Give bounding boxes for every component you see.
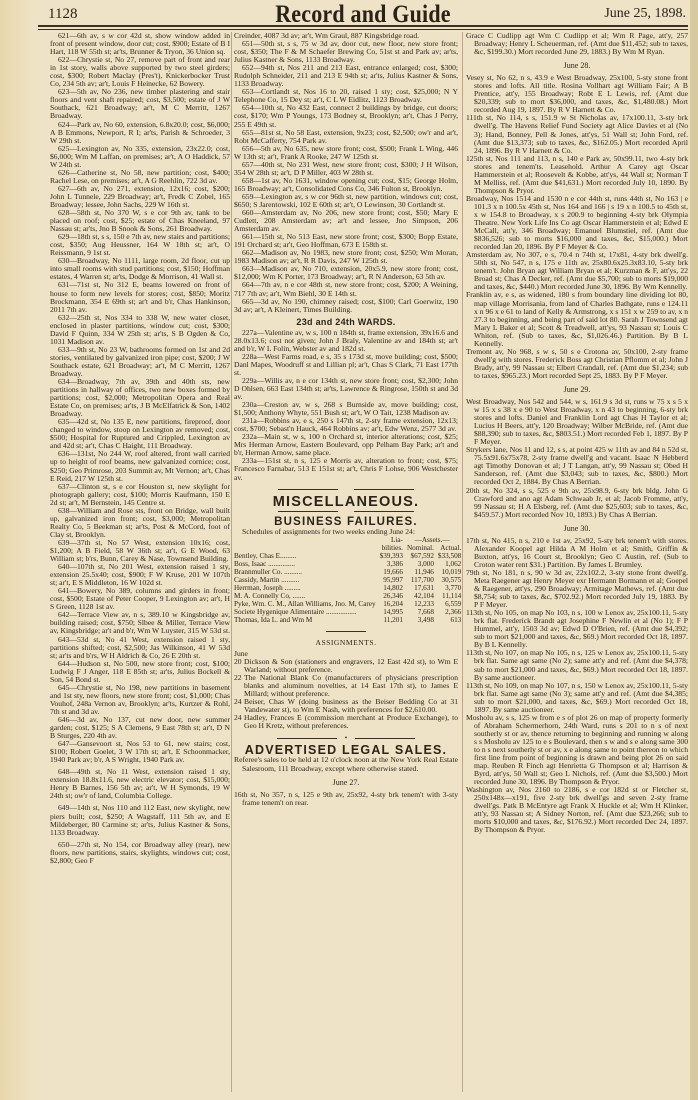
nominal-assets-value: 12,233: [403, 600, 434, 608]
assignment-day: 24: [234, 714, 244, 730]
ward-entry: 229a—Willis av, n e cor 134th st, new st…: [234, 377, 458, 401]
liabilities-value: $39,393: [376, 552, 403, 560]
legal-sale-entry: Washington av, Nos 2160 to 2186, s e cor…: [466, 786, 688, 834]
alteration-entry: 634—Broadway, 7th av, 39th and 40th sts,…: [50, 378, 230, 418]
legal-sales-heading: ADVERTISED LEGAL SALES.: [234, 746, 458, 754]
alteration-entry: 626—Catherine st, No 58, new partition; …: [50, 169, 230, 185]
debtor-name: Herrman, Joseph .........: [234, 584, 376, 592]
legal-sale-entry: Mosholu av, s s, 125 w from e s of plot …: [466, 714, 688, 786]
divider-rule: [234, 627, 458, 635]
liabilities-value: 26,346: [376, 592, 403, 600]
page-margin-left: [0, 0, 36, 1100]
failure-row: Societe Hygenique Alimentaire ..........…: [234, 608, 461, 616]
alteration-entry: 645—Chrystie st, No 198, new partitions …: [50, 684, 230, 716]
liabilities-value: 3,386: [376, 560, 403, 568]
ward-entry: 230a—Creston av, w s, 268 s Burnside av,…: [234, 401, 458, 417]
legal-sale-entry: West Broadway, Nos 542 and 544, w s, 161…: [466, 398, 688, 446]
alteration-entry: 644—Hudson st, No 500, new store front; …: [50, 660, 230, 684]
alteration-entry: 628—58th st, No 370 W, s e cor 9th av, t…: [50, 209, 230, 233]
nominal-assets-value: 3,000: [403, 560, 434, 568]
ward-entry: 227a—Valentine av, w s, 100 n 184th st, …: [234, 329, 458, 353]
header-rule-thin: [38, 29, 688, 30]
assignment-item: 22The National Blank Co (manufacturers o…: [234, 674, 458, 698]
actual-assets-value: 613: [434, 616, 461, 624]
alteration-entry: 661—15th st, No 513 East, new store fron…: [234, 233, 458, 249]
legal-sale-entry: Tremont av, No 968, s w s, 50 s e Croton…: [466, 348, 688, 380]
failure-row: Herrman, Joseph .........14,80217,6313,7…: [234, 584, 461, 592]
alteration-entry: 653—Cortlandt st, Nos 16 to 20, raised 1…: [234, 88, 458, 104]
assignment-text: Hadley, Frances E (commission merchant a…: [244, 714, 458, 730]
ward-entry: 232a—Main st, w s, 100 n Orchard st, int…: [234, 433, 458, 457]
legal-sale-entry: 17th st, No 415, n s, 210 e 1st av, 25x9…: [466, 537, 688, 569]
alteration-entry: 664—7th av, n e cor 48th st, new store f…: [234, 281, 458, 297]
assignment-day: 22: [234, 674, 244, 698]
failure-row: Brannmuller Co. ..........19,66611,94610…: [234, 568, 461, 576]
alteration-entry: 660—Amsterdam av, No 206, new store fron…: [234, 209, 458, 233]
actual-assets-value: $33,508: [434, 552, 461, 560]
failure-row: Boss, Isaac ...............3,3863,0001,0…: [234, 560, 461, 568]
issue-date: June 25, 1898.: [604, 6, 686, 22]
debtor-name: Bentley, Chas E.........: [234, 552, 376, 560]
column-divider: [231, 32, 232, 1092]
continued-entry: Grace C Cudlipp agt Wm C Cudlipp et al; …: [466, 32, 688, 56]
date-heading: June 30.: [466, 525, 688, 533]
actual-assets-value: 3,770: [434, 584, 461, 592]
alteration-entry: 631—71st st, No 312 E, beams lowered on …: [50, 281, 230, 313]
liabilities-value: 14,995: [376, 608, 403, 616]
alteration-entry: 665—3d av, No 190, chimney raised; cost,…: [234, 298, 458, 314]
legal-sale-entry: 113th st, No 109, on map No 107, n s, 15…: [466, 682, 688, 714]
nominal-assets-value: $67,592: [403, 552, 434, 560]
nominal-assets-value: 42,104: [403, 592, 434, 600]
failure-row: Pyke, Wm. C. M., Allan Williams, Jno. M,…: [234, 600, 461, 608]
legal-sale-entry: 79th st, No 181, n s, 90 w 3d av, 22x102…: [466, 569, 688, 609]
failure-row: Thomas, Ida L. and Wm M11,2013,498613: [234, 616, 461, 624]
alteration-entry: 659—Lexington av, s w cor 96th st, new p…: [234, 193, 458, 209]
debtor-name: Thomas, Ida L. and Wm M: [234, 616, 376, 624]
ward-entry: 228a—West Farms road, e s, 35 s 173d st,…: [234, 353, 458, 377]
assignment-item: 24Beiser, Chas W (doing business as the …: [234, 698, 458, 714]
alteration-entry: 632—25th st, Nos 334 to 338 W, new water…: [50, 314, 230, 346]
actual-assets-value: 10,019: [434, 568, 461, 576]
actual-assets-value: 1,062: [434, 560, 461, 568]
failure-row: M. A. Connelly Co, .......26,34642,10411…: [234, 592, 461, 600]
col-header-liabilities: bilities.: [376, 544, 403, 552]
alteration-entry: 629—18th st, s s, 150 e 7th av, new stai…: [50, 233, 230, 257]
date-heading: June 28.: [466, 62, 688, 70]
date-heading: June 27.: [234, 779, 458, 787]
column-divider: [462, 32, 463, 1092]
col-header-liabilities-top: Lia-: [376, 536, 403, 544]
legal-sale-entry: 113th st, No 105, on map No 103, n s, 10…: [466, 609, 688, 649]
alteration-entry: 657—40th st, No 231 West, new store fron…: [234, 161, 458, 177]
divider-ornament: [234, 486, 458, 494]
page-header: 1128 Record and Guide June 25, 1898.: [38, 0, 688, 28]
assignment-item: 24Hadley, Frances E (commission merchant…: [234, 714, 458, 730]
alteration-entry: 642—Terrace View av, n s, 389.10 w Kings…: [50, 611, 230, 635]
legal-sale-entry: 20th st, No 324, s s, 525 e 9th av, 25x9…: [466, 487, 688, 519]
legal-sale-entry: Broadway, Nos 1514 and 1530 n e cor 44th…: [466, 195, 688, 251]
alteration-entry: 663—Madison av, No 710, extension, 20x5.…: [234, 265, 458, 281]
assignments-list: June 20Dickson & Son (stationers and eng…: [234, 650, 458, 730]
failures-heading: BUSINESS FAILURES.: [234, 518, 458, 526]
nominal-assets-value: 3,498: [403, 616, 434, 624]
column-3: Grace C Cudlipp agt Wm C Cudlipp et al; …: [466, 32, 688, 835]
legal-sale-entry: Franklin av, e s, as widened, 180 s from…: [466, 291, 688, 347]
ward-entry: 233a—151st st, n s, 125 e Morris av, alt…: [234, 457, 458, 481]
nominal-assets-value: 7,668: [403, 608, 434, 616]
alteration-entry: 622—Chrystie st, No 27, remove part of f…: [50, 56, 230, 88]
legal-sale-entry: Amsterdam av, No 307, e s, 70.4 n 74th s…: [466, 251, 688, 291]
alteration-entry: 651—50th st, s s, 75 w 3d av, door cut, …: [234, 40, 458, 64]
legal-sale-entry: 113th st, No 107, on map No 105, n s, 12…: [466, 649, 688, 681]
alteration-entry: 640—107th st, No 201 West, extension rai…: [50, 563, 230, 587]
assignment-day: 24: [234, 698, 244, 714]
debtor-name: Cassidy, Martin ..........: [234, 576, 376, 584]
col-header-assets: —Assets.—: [403, 536, 461, 544]
legal-sales-intro: Referee's sales to be held at 12 o'clock…: [234, 756, 458, 772]
liabilities-value: 95,997: [376, 576, 403, 584]
col-header-nominal: Nominal.: [403, 544, 434, 552]
legal-sale-entry: 125th st, Nos 111 and 113, n s, 140 e Pa…: [466, 155, 688, 195]
alterations-list: 651—50th st, s s, 75 w 3d av, door cut, …: [234, 40, 458, 314]
alteration-entry: 625—Lexington av, No 335, extension, 23x…: [50, 145, 230, 169]
alteration-entry: 623—5th av, No 236, new timber plasterin…: [50, 88, 230, 120]
alteration-entry: 627—6th av, No 271, extension, 12x16; co…: [50, 185, 230, 209]
alteration-entry: 656—5th av, No 635, new store front; cos…: [234, 145, 458, 161]
alteration-entry: 658—1st av, No 1631, window opening cut;…: [234, 177, 458, 193]
alteration-entry: 643—53d st, No 41 West, extension raised…: [50, 636, 230, 660]
alteration-entry: 646—3d av, No 137, cut new door, new sum…: [50, 716, 230, 740]
alteration-entry: 633—9th st, No 23 W, bathrooms formed on…: [50, 346, 230, 378]
alteration-entry: 655—81st st, No 58 East, extension, 9x23…: [234, 129, 458, 145]
divider-ornament: [234, 508, 458, 516]
debtor-name: Pyke, Wm. C. M., Allan Williams, Jno. M,…: [234, 600, 376, 608]
legal-sale-entry: Strykers lane, Nos 11 and 12, s s, at po…: [466, 446, 688, 486]
misc-heading: MISCELLANEOUS.: [234, 498, 458, 506]
actual-assets-value: 2,366: [434, 608, 461, 616]
debtor-name: Societe Hygenique Alimentaire ..........…: [234, 608, 376, 616]
liabilities-value: 19,666: [376, 568, 403, 576]
alteration-entry: 630—Broadway, No 1111, large room, 2d fl…: [50, 257, 230, 281]
legal-sale-entry: Vesey st, No 62, n s, 43.9 e West Broadw…: [466, 74, 688, 114]
alteration-entry: 621—6th av, s w cor 42d st, show window …: [50, 32, 230, 56]
legal-sale-entry: 16th st, No 357, n s, 125 e 9th av, 25x9…: [234, 791, 458, 807]
debtor-name: Brannmuller Co. ..........: [234, 568, 376, 576]
alteration-entry: 647—Gansevoort st, Nos 53 to 61, new sta…: [50, 740, 230, 764]
divider-ornament: •: [234, 734, 458, 742]
assignment-text: Dickson & Son (stationers and engravers,…: [244, 658, 458, 674]
failure-row: Cassidy, Martin ..........95,997117,7003…: [234, 576, 461, 584]
failure-row: Bentley, Chas E.........$39,393$67,592$3…: [234, 552, 461, 560]
date-heading: June 29.: [466, 386, 688, 394]
alteration-entry: 638—William and Rose sts, front on Bridg…: [50, 507, 230, 539]
debtor-name: M. A. Connelly Co, .......: [234, 592, 376, 600]
failures-table: Lia- —Assets.— bilities. Nominal. Actual…: [234, 536, 461, 624]
wards-list: 227a—Valentine av, w s, 100 n 184th st, …: [234, 329, 458, 482]
alteration-entry: 635—42d st, No 135 E, new partitions, fi…: [50, 418, 230, 450]
liabilities-value: 11,201: [376, 616, 403, 624]
alteration-entry: 662—Madison av, No 1983, new store front…: [234, 249, 458, 265]
alteration-entry: 648—49th st, No 11 West, extension raise…: [50, 768, 230, 800]
nominal-assets-value: 117,700: [403, 576, 434, 584]
assignment-text: The National Blank Co (manufacturers of …: [244, 674, 458, 698]
actual-assets-value: 11,114: [434, 592, 461, 600]
alteration-entry: 650—27th st, No 154, cor Broadway alley …: [50, 841, 230, 865]
legal-sale-entry: 111th st, No 114, s s, 151.9 w St Nichol…: [466, 114, 688, 154]
column-2: Creinder, 4087 3d av; ar't, Wm Graul, 88…: [234, 32, 458, 807]
actual-assets-value: 6,559: [434, 600, 461, 608]
alteration-entry: 641—Bowery, No 389, columns and girders …: [50, 587, 230, 611]
header-rule: [38, 25, 688, 27]
alteration-entry: 654—10th st, No 432 East, connect 2 buil…: [234, 104, 458, 128]
wards-heading: 23d and 24th WARDS.: [234, 318, 458, 326]
alteration-entry: 652—94th st, Nos 211 and 213 East, entra…: [234, 64, 458, 88]
liabilities-value: 16,204: [376, 600, 403, 608]
failures-intro: Schedules of assignments for two weeks e…: [234, 528, 458, 536]
nominal-assets-value: 17,631: [403, 584, 434, 592]
assignment-item: 20Dickson & Son (stationers and engraver…: [234, 658, 458, 674]
alteration-entry: 624—Park av, No 60, extension, 6.8x20.0;…: [50, 121, 230, 145]
alteration-entry: 637—Clinton st, s e cor Houston st, new …: [50, 483, 230, 507]
assignments-heading: ASSIGNMENTS.: [234, 639, 458, 647]
column-1: 621—6th av, s w cor 42d st, show window …: [50, 32, 230, 865]
actual-assets-value: 30,575: [434, 576, 461, 584]
nominal-assets-value: 11,946: [403, 568, 434, 576]
page-margin-right: [690, 0, 698, 1100]
alteration-entry: 649—14th st, Nos 110 and 112 East, new s…: [50, 804, 230, 836]
ward-entry: 231a—Robbins av, e s, 250 s 147th st, 2-…: [234, 417, 458, 433]
col-header-actual: Actual.: [434, 544, 461, 552]
alteration-entry: 639—37th st, No 57 West, extension 10x16…: [50, 539, 230, 563]
liabilities-value: 14,802: [376, 584, 403, 592]
assignment-day: 20: [234, 658, 244, 674]
assignment-text: Beiser, Chas W (doing business as the Be…: [244, 698, 458, 714]
alteration-entry: 636—131st, No 244 W, roof altered, front…: [50, 450, 230, 482]
debtor-name: Boss, Isaac ...............: [234, 560, 376, 568]
june27-list: 16th st, No 357, n s, 125 e 9th av, 25x9…: [234, 791, 458, 807]
